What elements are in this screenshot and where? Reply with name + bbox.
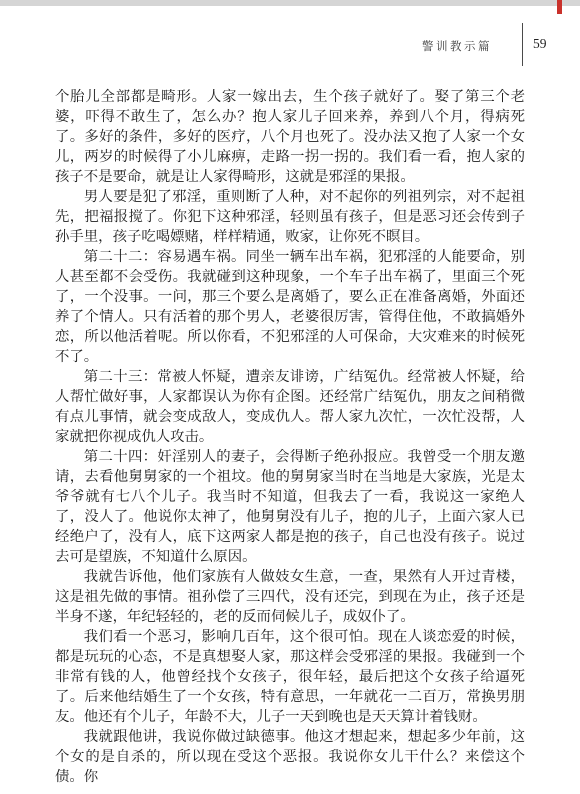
paragraph: 我们看一个恶习，影响几百年，这个很可怕。现在人谈恋爱的时候，都是玩玩的心态，不是… <box>55 627 525 727</box>
paragraph: 我就告诉他，他们家族有人做妓女生意，一查，果然有人开过青楼，这是祖先做的事情。祖… <box>55 567 525 627</box>
paragraph: 第二十二：容易遇车祸。同坐一辆车出车祸，犯邪淫的人能要命，别人甚至都不会受伤。我… <box>55 247 525 367</box>
paragraph: 个胎儿全部都是畸形。人家一嫁出去，生个孩子就好了。娶了第三个老婆，吓得不敢生了，… <box>55 87 525 187</box>
book-page: 警训教示篇 59 个胎儿全部都是畸形。人家一嫁出去，生个孩子就好了。娶了第三个老… <box>0 0 580 794</box>
paragraph: 第二十四：奸淫别人的妻子，会得断子绝孙报应。我曾受一个朋友邀请，去看他舅舅家的一… <box>55 447 525 567</box>
header-divider-rule <box>522 23 523 66</box>
page-number: 59 <box>533 36 547 52</box>
running-title: 警训教示篇 <box>422 38 492 54</box>
paragraph: 第二十三：常被人怀疑，遭亲友诽谤，广结冤仇。经常被人怀疑，给人帮忙做好事，人家都… <box>55 367 525 447</box>
paragraph: 我就跟他讲，我说你做过缺德事。他这才想起来，想起多少年前，这个女的是自杀的，所以… <box>55 727 525 787</box>
body-text: 个胎儿全部都是畸形。人家一嫁出去，生个孩子就好了。娶了第三个老婆，吓得不敢生了，… <box>55 87 525 787</box>
paragraph: 男人要是犯了邪淫，重则断了人种，对不起你的列祖列宗，对不起祖先，把福报搅了。你犯… <box>55 187 525 247</box>
page-header: 警训教示篇 59 <box>0 0 580 70</box>
